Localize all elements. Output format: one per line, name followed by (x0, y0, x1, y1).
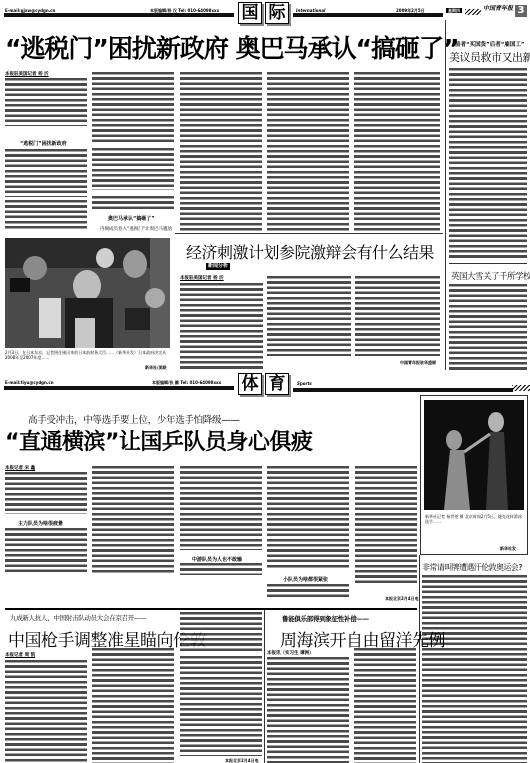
header-email: E-mail:gjxw@cydgn.cn (5, 8, 55, 13)
header-rule-international (4, 13, 234, 17)
sports-col-1b (5, 528, 87, 574)
sports-subhead-1: 主力队员为啥很疲惫 (18, 520, 63, 527)
sports-subhead-3: 小队员为啥都很紧张 (283, 576, 328, 583)
section-label-ji: 际 (265, 2, 289, 24)
header-rule-sports-right (293, 388, 513, 392)
sports-email: E-mail:tiyu@cydgn.cn (5, 380, 54, 385)
right-top-body (449, 68, 527, 258)
econ-credit: 中国青年报驻华盛顿 (400, 360, 436, 366)
shooting-divider (5, 608, 417, 610)
lead-photo-title: 奥巴马承认“搞砸了” (108, 215, 155, 222)
sports-photo-figure-skating (424, 400, 524, 510)
page-number: 3 (515, 5, 527, 17)
sports-right-headline: 非常请叫牌遭遇汗伦敦奥运会? (422, 562, 522, 573)
right-top-kicker: 前者“买国货”后者“雇国工” (455, 40, 524, 48)
sports-col-3b (180, 563, 262, 575)
shooting-kicker: 九成新人抗人，中国射击队动员大会在京召开—— (10, 613, 146, 622)
sports-editor-info: 本版编辑/张 鹏 Tel: 010-64098xxx (152, 380, 221, 385)
zhou-divider (264, 610, 265, 763)
header-rule-sports (4, 386, 234, 390)
header-hatch (465, 9, 481, 15)
lead-col-1c (5, 200, 87, 230)
header-rule-international-right (293, 13, 443, 17)
lead-col-5 (354, 72, 440, 234)
zhou-col-2 (354, 648, 416, 763)
shooting-col-3 (180, 656, 262, 756)
right-mid-headline: 英国大雪关了千所学校的门 (451, 270, 530, 282)
lead-col-3 (180, 72, 262, 234)
lead-col-2 (92, 72, 174, 142)
sports-right-body (422, 575, 527, 763)
header-section-en: International (296, 8, 325, 13)
lead-photo-note: 内阁成员卷入“逃税门”让奥巴马尴尬 (100, 226, 172, 232)
lead-subhead: “逃税门”困扰新政府 (20, 140, 67, 147)
header-date: 2009年2月5日 (396, 8, 425, 13)
header-editor-info: 本版编辑/杨 汉 Tel: 010-64098xxx (150, 8, 219, 13)
lead-byline: 本报驻美国记者 杨 沂 (5, 71, 49, 77)
photo-press-crowd-icon (5, 238, 170, 348)
sports-right-divider (419, 555, 420, 763)
sports-byline: 本报记者 宋 鑫 (5, 465, 35, 471)
right-top-headline: 美议员救市又出新花样 (449, 49, 530, 65)
lead-col-4 (267, 72, 349, 234)
sports-hatch (512, 385, 530, 391)
econ-col-1 (180, 283, 263, 371)
lead-col-1 (5, 78, 87, 126)
econ-divider (175, 233, 443, 234)
sports-credit: 本报北京2月4日电 (385, 596, 419, 602)
sports-headline: “直通横滨”让国乒队员身心俱疲 (5, 430, 312, 456)
header-weekday: 星期四 (446, 8, 462, 13)
sports-col-3 (180, 466, 262, 550)
sports-col-2 (92, 466, 174, 574)
econ-byline: 本报驻美国记者 杨 沂 (180, 275, 224, 281)
photo-skaters-icon (424, 400, 524, 510)
zhou-kicker: 鲁能俱乐部得到象征性补偿—— (282, 614, 369, 623)
lead-col-2c (92, 196, 174, 210)
news-analysis-label: 新闻分析 (206, 263, 230, 270)
shooting-col-1 (5, 660, 87, 763)
sports-section-en: Sports (297, 381, 312, 386)
shooting-col-2 (92, 648, 174, 763)
sports-kicker: 高手受冲击，中等选手要上位，少年选手怕降级—— (28, 412, 240, 426)
shooting-col-3-top (180, 612, 262, 652)
sports-col-4 (267, 466, 349, 568)
section-label-yu: 育 (265, 373, 289, 395)
sports-photo-caption: 新华社记者 杨世尧 摄 北京时间2月5日，捷克花样滑冰选手…… (425, 514, 523, 544)
econ-col-3 (355, 276, 440, 356)
zhou-col-1 (267, 657, 349, 763)
right-mid-body (449, 284, 527, 370)
shooting-credit: 本报北京2月4日电 (225, 758, 259, 763)
sports-subhead-2: 中游队员为人也不敢输 (192, 556, 242, 563)
sports-col-5 (355, 466, 417, 584)
lead-col-1b (5, 149, 87, 197)
sports-col-4b (267, 584, 349, 598)
section-label-ti: 体 (238, 373, 262, 395)
zhou-byline: 本报讯（实习生 谭洲） (267, 650, 314, 656)
sports-photo-credit: 新华社发 (500, 546, 516, 552)
econ-headline: 经济刺激计划参院激辩会有什么结果 (186, 240, 434, 263)
main-photo-press-crowd (5, 238, 170, 348)
right-top-divider (449, 263, 527, 264)
lead-headline: “逃税门”困扰新政府 奥巴马承认“搞砸了” (5, 34, 458, 64)
sports-col-1 (5, 472, 87, 514)
section-label-guo: 国 (238, 2, 262, 24)
right-column-divider (445, 20, 446, 370)
lead-col-2b (92, 148, 174, 190)
shooting-byline: 本报记者 周 凯 (5, 652, 35, 658)
main-photo-credit: 新华社/美联 (145, 365, 166, 371)
paper-logo: 中国青年报 (483, 6, 513, 11)
econ-col-2 (267, 276, 351, 356)
